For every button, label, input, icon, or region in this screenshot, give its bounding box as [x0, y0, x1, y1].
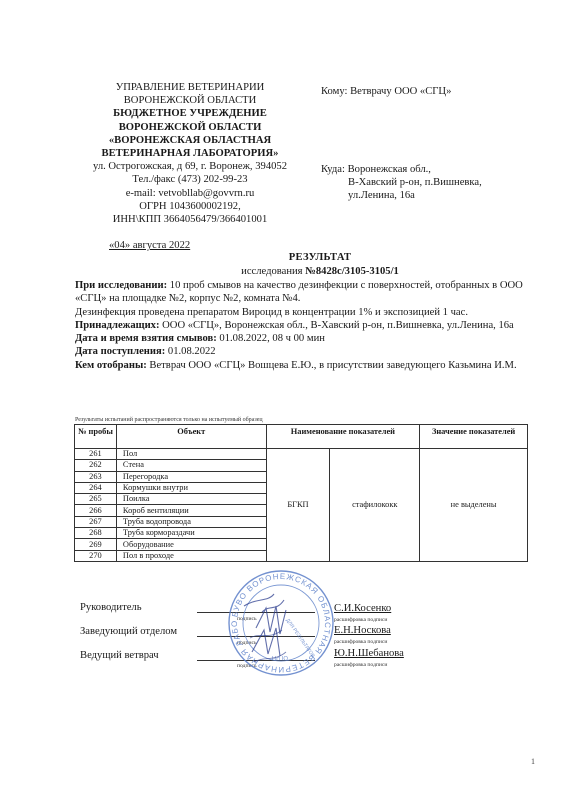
- header-indicator-name: Наименование показателей: [266, 425, 420, 449]
- sample-no: 265: [75, 494, 117, 505]
- disclaimer: Результаты испытаний распространяются то…: [75, 417, 263, 423]
- document-date: «04» августа 2022: [109, 240, 190, 251]
- org-line: «ВОРОНЕЖСКАЯ ОБЛАСТНАЯ: [78, 134, 302, 147]
- organization-header: УПРАВЛЕНИЕ ВЕТЕРИНАРИИ ВОРОНЕЖСКОЙ ОБЛАС…: [78, 81, 302, 226]
- recipient-to: Кому: Ветврачу ООО «СГЦ»: [321, 85, 451, 98]
- signature-name-department: Е.Н.Носкова: [334, 625, 391, 636]
- research-label: При исследовании:: [75, 280, 167, 291]
- signature-name-vet: Ю.Н.Шебанова: [334, 648, 404, 659]
- sampling-text: 01.08.2022, 08 ч 00 мин: [217, 333, 325, 344]
- signature-decode: расшифровка подписи: [334, 662, 387, 668]
- sampling-paragraph: Дата и время взятия смывов: 01.08.2022, …: [75, 332, 535, 345]
- taken-by-text: Ветврач ООО «СГЦ» Вошцева Е.Ю., в присут…: [147, 360, 517, 371]
- table-row: 261 Пол БГКП стафилококк не выделены: [75, 449, 528, 460]
- owner-text: ООО «СГЦ», Воронежская обл., В-Хавский р…: [160, 320, 514, 331]
- org-line: ВОРОНЕЖСКОЙ ОБЛАСТИ: [78, 94, 302, 107]
- org-ogrn: ОГРН 1043600002192,: [78, 200, 302, 213]
- official-stamp-icon: БУВО ВОРОНЕЖСКАЯ ОБЛАСТНАЯ ВЕТЕРИНАРНАЯ …: [226, 568, 336, 678]
- signature-decode: расшифровка подписи: [334, 639, 387, 645]
- sample-no: 262: [75, 460, 117, 471]
- svg-text:ДЛЯ РЕЗУЛЬТАТОВ: ДЛЯ РЕЗУЛЬТАТОВ: [284, 618, 316, 660]
- document-title: РЕЗУЛЬТАТ: [0, 252, 566, 263]
- recipient-where-label: Куда: Воронежская обл.,: [321, 163, 482, 176]
- owner-paragraph: Принадлежащих: ООО «СГЦ», Воронежская об…: [75, 319, 535, 332]
- signature-role-department: Заведующий отделом: [80, 626, 177, 637]
- indicator-group: БГКП: [266, 449, 330, 562]
- received-text: 01.08.2022: [165, 346, 215, 357]
- sample-no: 268: [75, 528, 117, 539]
- sample-no: 263: [75, 471, 117, 482]
- disinfection-paragraph: Дезинфекция проведена препаратом Вироцид…: [75, 306, 535, 319]
- taken-by-label: Кем отобраны:: [75, 360, 147, 371]
- signature-decode: расшифровка подписи: [334, 617, 387, 623]
- sample-object: Поилка: [116, 494, 266, 505]
- received-paragraph: Дата поступления: 01.08.2022: [75, 345, 535, 358]
- indicator-value: не выделены: [420, 449, 528, 562]
- sample-object: Пол в проходе: [116, 550, 266, 561]
- sample-no: 264: [75, 482, 117, 493]
- org-line: ВОРОНЕЖСКОЙ ОБЛАСТИ: [78, 121, 302, 134]
- page-number: 1: [531, 757, 535, 766]
- org-line: БЮДЖЕТНОЕ УЧРЕЖДЕНИЕ: [78, 107, 302, 120]
- document-body: При исследовании: 10 проб смывов на каче…: [75, 279, 535, 372]
- sample-no: 270: [75, 550, 117, 561]
- header-indicator-value: Значение показателей: [420, 425, 528, 449]
- recipient-where-line2: В-Хавский р-он, п.Вишневка,: [321, 176, 482, 189]
- sample-object: Кормушки внутри: [116, 482, 266, 493]
- signature-name-head: С.И.Косенко: [334, 603, 391, 614]
- recipient-where-line3: ул.Ленина, 16а: [321, 189, 482, 202]
- taken-by-paragraph: Кем отобраны: Ветврач ООО «СГЦ» Вошцева …: [75, 359, 535, 372]
- sample-object: Оборудование: [116, 539, 266, 550]
- table-header-row: № пробы Объект Наименование показателей …: [75, 425, 528, 449]
- sample-object: Труба водопровода: [116, 516, 266, 527]
- org-inn-kpp: ИНН\КПП 3664056479/366401001: [78, 213, 302, 226]
- org-phone: Тел./факс (473) 202-99-23: [78, 173, 302, 186]
- document-subtitle: исследования №8428с/3105-3105/1: [0, 266, 566, 277]
- sample-object: Труба кормораздачи: [116, 528, 266, 539]
- sample-object: Стена: [116, 460, 266, 471]
- signature-role-vet: Ведущий ветврач: [80, 650, 159, 661]
- research-paragraph: При исследовании: 10 проб смывов на каче…: [75, 279, 535, 306]
- results-table: № пробы Объект Наименование показателей …: [74, 424, 528, 562]
- sample-no: 267: [75, 516, 117, 527]
- sampling-label: Дата и время взятия смывов:: [75, 333, 217, 344]
- subtitle-prefix: исследования: [241, 266, 305, 277]
- recipient-address: Куда: Воронежская обл., В-Хавский р-он, …: [321, 163, 482, 203]
- owner-label: Принадлежащих:: [75, 320, 160, 331]
- org-email: e-mail: vetvobllab@govvrn.ru: [78, 187, 302, 200]
- sample-no: 266: [75, 505, 117, 516]
- header-object: Объект: [116, 425, 266, 449]
- sample-no: 269: [75, 539, 117, 550]
- sample-no: 261: [75, 449, 117, 460]
- org-address: ул. Острогожская, д 69, г. Воронеж, 3940…: [78, 160, 302, 173]
- research-number: №8428с/3105-3105/1: [305, 266, 399, 277]
- sample-object: Короб вентиляции: [116, 505, 266, 516]
- signature-role-head: Руководитель: [80, 602, 142, 613]
- header-sample-no: № пробы: [75, 425, 117, 449]
- indicator-name: стафилококк: [330, 449, 420, 562]
- received-label: Дата поступления:: [75, 346, 165, 357]
- sample-object: Пол: [116, 449, 266, 460]
- sample-object: Перегородка: [116, 471, 266, 482]
- org-line: УПРАВЛЕНИЕ ВЕТЕРИНАРИИ: [78, 81, 302, 94]
- org-line: ВЕТЕРИНАРНАЯ ЛАБОРАТОРИЯ»: [78, 147, 302, 160]
